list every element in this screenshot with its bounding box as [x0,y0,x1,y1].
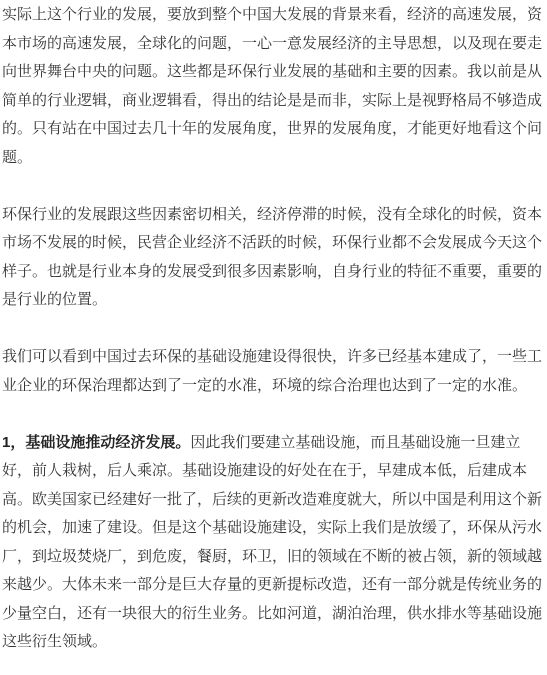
paragraph-4-lead: 1，基础设施推动经济发展。 [2,434,190,451]
article-body: 实际上这个行业的发展，要放到整个中国大发展的背景来看，经济的高速发展，资本市场的… [0,0,547,657]
paragraph-1: 实际上这个行业的发展，要放到整个中国大发展的背景来看，经济的高速发展，资本市场的… [2,1,545,172]
paragraph-2: 环保行业的发展跟这些因素密切相关，经济停滞的时候，没有全球化的时候，资本市场不发… [2,201,545,315]
document-page: { "page": { "background_color": "#ffffff… [0,0,547,675]
paragraph-2-text: 环保行业的发展跟这些因素密切相关，经济停滞的时候，没有全球化的时候，资本市场不发… [2,206,542,309]
paragraph-3-text: 我们可以看到中国过去环保的基础设施建设得很快，许多已经基本建成了，一些工业企业的… [2,348,542,394]
paragraph-3: 我们可以看到中国过去环保的基础设施建设得很快，许多已经基本建成了，一些工业企业的… [2,343,545,400]
paragraph-1-text: 实际上这个行业的发展，要放到整个中国大发展的背景来看，经济的高速发展，资本市场的… [2,6,542,166]
paragraph-4: 1，基础设施推动经济发展。因此我们要建立基础设施，而且基础设施一旦建立好，前人栽… [2,429,545,657]
paragraph-4-text: 因此我们要建立基础设施，而且基础设施一旦建立好，前人栽树，后人乘凉。基础设施建设… [2,434,542,651]
